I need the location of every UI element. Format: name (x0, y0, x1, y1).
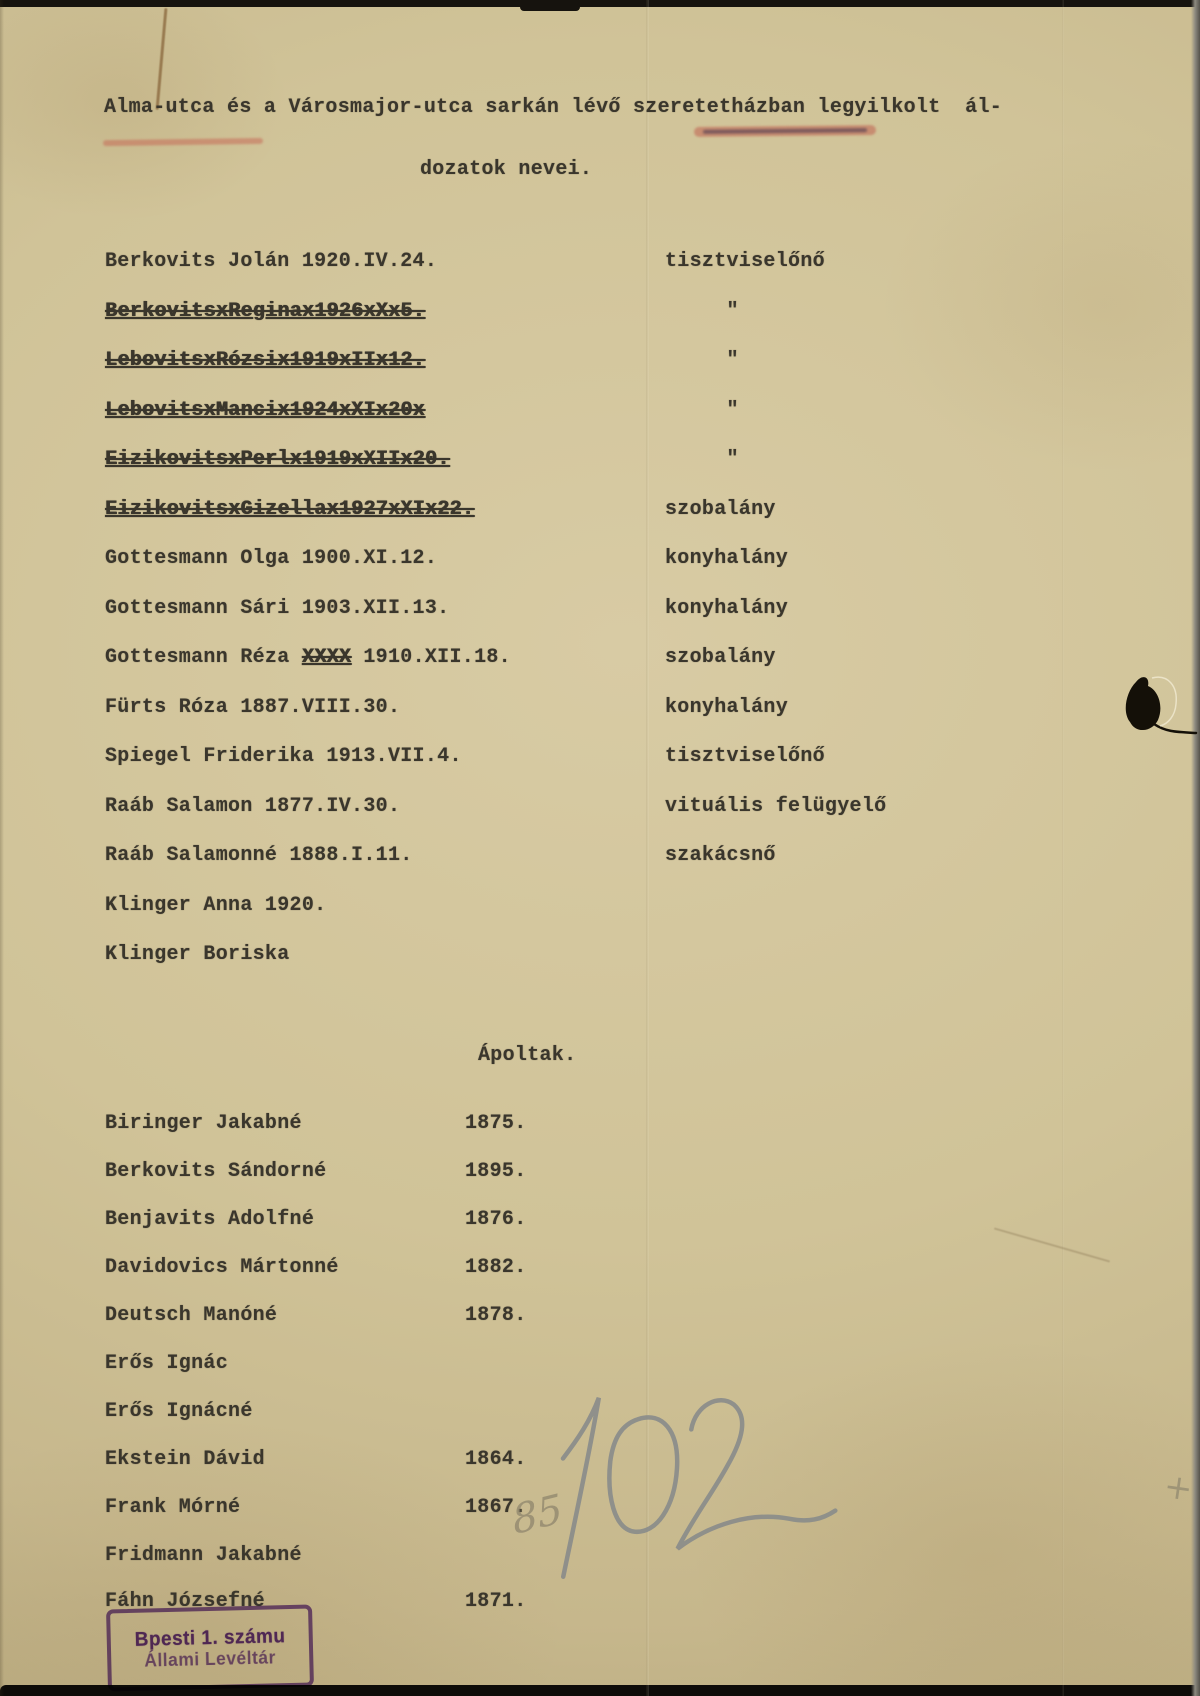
patient-name: Berkovits Sándorné (105, 1160, 326, 1184)
document-title-line1: Alma-utca és a Városmajor-utca sarkán lé… (104, 96, 1002, 120)
victim-name: BerkovitsxReginax1926xXx5. (105, 300, 425, 324)
victim-name: Gottesmann Sári 1903.XII.13. (105, 597, 449, 621)
victim-name-struck: BerkovitsxReginax1926xXx5. (105, 300, 425, 323)
ink-blot (1118, 672, 1200, 744)
victim-occupation: szakácsnő (665, 844, 776, 868)
patient-name: Erős Ignácné (105, 1400, 253, 1424)
victim-name: Fürts Róza 1887.VIII.30. (105, 696, 400, 720)
patient-name: Fridmann Jakabné (105, 1544, 302, 1568)
victim-name-text: Fürts Róza 1887.VIII.30. (105, 696, 400, 719)
victim-occupation: konyhalány (665, 547, 788, 571)
victim-occupation-ditto: " (665, 300, 739, 324)
victim-row: EizikovitsxGizellax1927xXIx22. szobalány (0, 498, 1200, 524)
pencil-number-102: 102 (515, 1378, 855, 1588)
patient-name: Biringer Jakabné (105, 1112, 302, 1136)
patient-row: Biringer Jakabné 1875. (0, 1112, 1200, 1138)
patient-year: 1878. (465, 1304, 527, 1328)
victim-name-text: Spiegel Friderika 1913.VII.4. (105, 745, 462, 768)
patient-row: Benjavits Adolfné 1876. (0, 1208, 1200, 1234)
victim-name: EizikovitsxGizellax1927xXIx22. (105, 498, 474, 522)
dark-underline-core (703, 128, 867, 134)
victim-occupation: szobalány (665, 646, 776, 670)
patient-name: Ekstein Dávid (105, 1448, 265, 1472)
victim-occupation: konyhalány (665, 597, 788, 621)
victim-occupation: konyhalány (665, 696, 788, 720)
victim-row: Raáb Salamon 1877.IV.30. vituális felügy… (0, 795, 1200, 821)
patient-name: Benjavits Adolfné (105, 1208, 314, 1232)
victim-occupation: szobalány (665, 498, 776, 522)
victim-name: Klinger Anna 1920. (105, 894, 326, 918)
victim-name: Spiegel Friderika 1913.VII.4. (105, 745, 462, 769)
victim-name-text: Gottesmann Olga 1900.XI.12. (105, 547, 437, 570)
victim-name: EizikovitsxPerlx1919xXIIx20. (105, 448, 449, 472)
victim-row: Spiegel Friderika 1913.VII.4. tisztvisel… (0, 745, 1200, 771)
patient-year: 1876. (465, 1208, 527, 1232)
victim-row: Gottesmann Réza XXXX 1910.XII.18. szobal… (0, 646, 1200, 672)
victim-row: LebovitsxMancix1924xXIx20x " (0, 399, 1200, 425)
archive-stamp: Bpesti 1. számu Állami Levéltár (106, 1604, 314, 1691)
victim-name-text: Raáb Salamonné 1888.I.11. (105, 844, 413, 867)
victim-name-struck: LebovitsxMancix1924xXIx20x (105, 399, 425, 422)
patient-year: 1882. (465, 1256, 527, 1280)
document-title-line2: dozatok nevei. (420, 158, 592, 182)
victim-row: LebovitsxRózsix1919xIIx12. " (0, 349, 1200, 375)
victim-name: Raáb Salamonné 1888.I.11. (105, 844, 413, 868)
victim-occupation: vituális felügyelő (665, 795, 886, 819)
victim-occupation: tisztviselőnő (665, 250, 825, 274)
patient-row: Deutsch Manóné 1878. (0, 1304, 1200, 1330)
red-underline-szeretethazban (694, 125, 876, 137)
stamp-line2: Állami Levéltár (144, 1647, 276, 1670)
victim-name-text: Raáb Salamon 1877.IV.30. (105, 795, 400, 818)
victim-name-struck: LebovitsxRózsix1919xIIx12. (105, 349, 425, 372)
victim-row: EizikovitsxPerlx1919xXIIx20. " (0, 448, 1200, 474)
victim-name: LebovitsxRózsix1919xIIx12. (105, 349, 425, 373)
victim-row: Klinger Anna 1920. (0, 894, 1200, 920)
patient-year: 1875. (465, 1112, 527, 1136)
section-heading-apoltak: Ápoltak. (478, 1044, 576, 1068)
patient-name: Deutsch Manóné (105, 1304, 277, 1328)
victim-name: Gottesmann Réza XXXX 1910.XII.18. (105, 646, 511, 670)
victim-row: BerkovitsxReginax1926xXx5. " (0, 300, 1200, 326)
victim-name: Raáb Salamon 1877.IV.30. (105, 795, 400, 819)
victim-occupation: tisztviselőnő (665, 745, 825, 769)
victim-name: Gottesmann Olga 1900.XI.12. (105, 547, 437, 571)
pencil-corner-mark: + (1161, 1466, 1195, 1510)
scan-edge-top-notch (520, 0, 580, 11)
victim-name-struck: EizikovitsxGizellax1927xXIx22. (105, 498, 474, 521)
patient-year: 1895. (465, 1160, 527, 1184)
victim-name: Klinger Boriska (105, 943, 290, 967)
patient-row: Erős Ignác (0, 1352, 1200, 1378)
patient-name: Davidovics Mártonné (105, 1256, 339, 1280)
victim-occupation-ditto: " (665, 349, 739, 373)
victim-occupation-ditto: " (665, 399, 739, 423)
victim-row: Raáb Salamonné 1888.I.11. szakácsnő (0, 844, 1200, 870)
scan-edge-top (0, 0, 1200, 7)
victim-name: LebovitsxMancix1924xXIx20x (105, 399, 425, 423)
pencil-number-102-strokes (515, 1378, 855, 1588)
victim-name-text: Klinger Anna 1920. (105, 894, 326, 917)
patient-row: Davidovics Mártonné 1882. (0, 1256, 1200, 1282)
victim-row: Gottesmann Olga 1900.XI.12. konyhalány (0, 547, 1200, 573)
patient-row: Berkovits Sándorné 1895. (0, 1160, 1200, 1186)
victim-row: Gottesmann Sári 1903.XII.13. konyhalány (0, 597, 1200, 623)
ink-blot-shape (1118, 672, 1200, 744)
patient-name: Frank Mórné (105, 1496, 240, 1520)
victim-name-text: Gottesmann Sári 1903.XII.13. (105, 597, 449, 620)
victim-row: Berkovits Jolán 1920.IV.24. tisztviselőn… (0, 250, 1200, 276)
victim-name-struck: XXXX (302, 646, 351, 669)
victim-occupation-ditto: " (665, 448, 739, 472)
victim-name: Berkovits Jolán 1920.IV.24. (105, 250, 437, 274)
victim-row: Fürts Róza 1887.VIII.30. konyhalány (0, 696, 1200, 722)
patient-name: Erős Ignác (105, 1352, 228, 1376)
victim-row: Klinger Boriska (0, 943, 1200, 969)
victim-name-text: 1910.XII.18. (351, 646, 511, 669)
victim-name-text: Klinger Boriska (105, 943, 290, 966)
patient-year: 1871. (465, 1590, 527, 1614)
victim-name-text: Berkovits Jolán 1920.IV.24. (105, 250, 437, 273)
victim-name-struck: EizikovitsxPerlx1919xXIIx20. (105, 448, 449, 471)
victim-name-text: Gottesmann Réza (105, 646, 302, 669)
